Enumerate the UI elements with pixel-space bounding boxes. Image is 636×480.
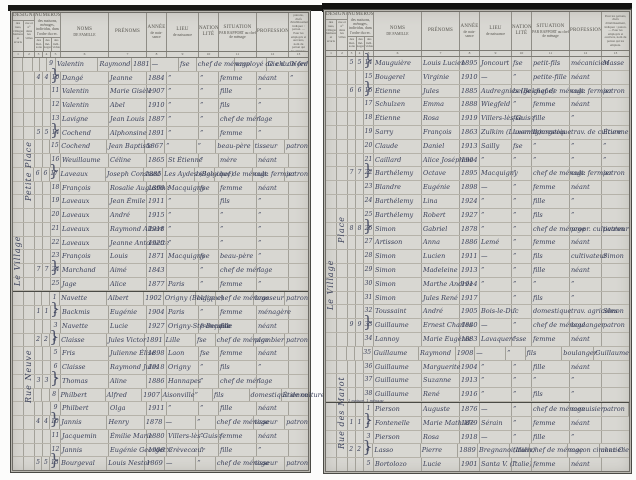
cell-street-1 [13,127,24,140]
cell-maison [35,402,43,415]
table-row: 66}17LaveauxJoseph Constant1885Les Aydes… [13,168,308,182]
col-header-prenoms: PRÉNOMS [109,13,147,51]
col-header-situation: SITUATION PAR RAPPORT au chef de ménage [532,12,570,50]
cell-nationalite: ” [512,417,532,430]
cell-annee: 1913 [460,140,480,153]
cell-individu: 33 [364,319,374,332]
column-number: 5 [51,52,61,57]
header-sub: de nais- sance [460,30,479,38]
cell-nationalite: ” [512,236,532,249]
cell-nom: Claisse [60,334,107,347]
table-row: 35GuillaumeRaymond1908—”filsboulangerGui… [326,347,629,361]
cell-nationalite: ” [199,278,219,291]
column-number: 2 [337,51,348,56]
cell-maison [33,58,40,71]
header-title: PRÉNOMS [422,28,459,34]
cell-street-1 [326,417,337,430]
cell-maison [35,444,43,457]
cell-situation: femme [219,278,257,291]
cell-street-2 [337,112,348,125]
cell-individu: 24 [51,264,61,277]
cell-nom: Jacquemin [61,430,109,443]
cell-individu: 23 [51,250,61,263]
cell-observation: patron [602,223,629,236]
cell-nom: Navette [61,320,109,333]
cell-street-1 [326,98,337,111]
cell-profession: néant [570,333,602,346]
cell-observation [289,237,308,250]
cell-nationalite: fse [512,112,532,125]
table-row: 12ValentinAbel1910””fils” [13,99,308,113]
cell-lieu: ” [480,195,512,208]
cell-prenom: Raymond Albert [109,223,147,236]
column-number: 6 [61,52,109,57]
cell-street-1 [326,57,337,70]
cell-situation: chef de ménage [532,85,570,98]
cell-prenom: Lucien [422,250,460,263]
cell-menage [43,182,51,195]
column-number: 8 [147,52,167,57]
cell-annee: 1898 [460,181,480,194]
col-header-noms: NOMS DE FAMILLE [61,13,109,51]
cell-observation: ” [289,72,308,85]
cell-annee: 1927 [147,320,167,333]
cell-menage [356,278,364,291]
cell-maison [348,250,356,263]
table-row: 9ValentinRaymond1881—fsechef de ménageem… [13,58,308,72]
cell-prenom: Albert [107,292,144,305]
cell-prenom: Alice Joséphine [422,154,460,167]
cell-individu: 10 [51,72,61,85]
cell-annee: 1918 [460,431,480,444]
header-sub: rue et n° dans les villes [337,20,347,50]
cell-prenom: Eugénie Georgette [109,444,147,457]
cell-street-2 [337,333,348,346]
cell-menage [43,113,51,126]
table-row: 31SimonJules René1917”fils” [326,292,629,306]
cell-nationalite: ” [506,347,525,360]
cell-maison: 6 [34,168,42,181]
cell-individu: 36 [364,361,374,374]
cell-lieu: Macquigny [167,250,199,263]
cell-individu: 27 [364,236,374,249]
cell-individu: 15 [50,140,60,153]
table-row: 55}14CochendAlphonsine1891””femme” [13,127,308,141]
cell-observation: patron [602,85,629,98]
cell-individu: 7 [51,375,61,388]
col-header-profession: PROFESSION [257,13,289,51]
cell-maison [35,361,43,374]
cell-menage [43,361,51,374]
cell-situation: mère [219,154,257,167]
cell-maison [35,292,43,305]
header-title: PROFESSION [257,29,288,35]
cell-lieu: Santa V. (Italie) [480,458,512,471]
cell-nom: Blandre [374,181,422,194]
cell-observation [602,278,629,291]
column-number: 1 [13,52,24,57]
cell-lieu: Aisonville [162,389,194,402]
cell-nom: François [61,182,109,195]
cell-situation: femme [219,306,257,319]
cell-profession: plombier [254,334,286,347]
column-number: 3 [348,51,356,56]
table-row: 11}2FontenelleMarie Mathilde1879Sérain”f… [326,417,629,431]
cell-street-1 [13,85,24,98]
cell-observation: patron [285,292,308,305]
cell-nom: Bourgeval [60,457,107,470]
cell-observation [602,333,629,346]
cell-menage [356,195,364,208]
cell-maison: 6 [348,85,356,98]
cell-observation [289,182,308,195]
header-sub: des mai- sons [35,38,44,51]
cell-lieu: ” [480,361,512,374]
cell-individu: 5 [364,458,374,471]
cell-nationalite: française [199,320,219,333]
cell-street-1 [13,375,24,388]
cell-lieu: — [480,403,512,416]
cell-menage [43,402,51,415]
cell-observation: Simon [602,250,629,263]
cell-prenom: Marthe Andrée [422,278,460,291]
cell-nationalite: luxembourgeois [512,126,532,139]
cell-observation [602,181,629,194]
cell-menage: 7} [356,167,364,180]
cell-annee: 1911 [460,250,480,263]
cell-street-2 [337,154,348,167]
cell-annee: 1886 [460,236,480,249]
column-number: 4 [43,52,51,57]
col-header-lieu: LIEU de naissance [167,13,199,51]
cell-observation: Simon [602,305,629,318]
table-row: 11ValentinMarie Gisèle1907””fille” [13,85,308,99]
cell-street-2 [24,457,35,470]
cell-maison [348,126,356,139]
column-number: 11 [219,52,257,57]
cell-profession: ” [257,250,289,263]
col-header-lieu: LIEU de naissance [480,12,512,50]
cell-lieu: ” [480,209,512,222]
column-number: 1 [326,51,337,56]
cell-individu: 20 [364,140,374,153]
cell-observation [289,347,308,360]
street-label: Place [337,170,348,290]
cell-nationalite: ” [199,402,219,415]
cell-nationalite: ” [512,305,532,318]
cell-nom: Barthélemy [374,209,422,222]
cell-observation [289,444,308,457]
cell-nationalite [199,237,219,250]
cell-menage: 8} [356,223,364,236]
header-note: Pour les patrons, chefs d'établissement,… [289,13,308,51]
cell-menage [43,99,51,112]
cell-profession: mécanicien [570,57,602,70]
cell-annee: 1906 [147,444,167,457]
cell-nationalite: ” [512,319,532,332]
cell-nationalite: belge [195,168,215,181]
cell-street-1 [13,430,24,443]
cell-street-1 [326,71,337,84]
cell-situation: beau-père [216,140,253,153]
cell-observation [602,458,629,471]
cell-lieu: Crèvecœur [167,444,199,457]
cell-maison [35,154,43,167]
cell-individu: 21 [51,223,61,236]
cell-nom: Weuillaume [61,154,109,167]
cell-prenom: Eugénie [109,306,147,319]
header-title: DÉSIGNATION [13,13,34,19]
cell-observation [289,375,308,388]
cell-profession: néant [570,98,602,111]
cell-menage [356,140,364,153]
cell-lieu: Wiegfeld [480,98,512,111]
cell-annee: 1908 [456,347,475,360]
cell-menage: 5} [356,57,364,70]
col-header-annee: ANNÉE de nais- sance [460,12,480,50]
cell-profession: brasseur [254,292,285,305]
cell-lieu: ” [165,140,196,153]
cell-annee: 1881 [132,58,151,71]
cell-prenom: Louis [109,250,147,263]
cell-individu: 12 [51,444,61,457]
cell-lieu: Sérain [480,417,512,430]
col-header-numeros: NUMÉROS des maisons, ménages, individus,… [35,13,61,51]
table-row: 1PiersonAuguste1876—”chef de ménagemenui… [326,402,629,417]
cell-individu: 12 [51,99,61,112]
header-sub: DE FAMILLE [61,33,108,37]
cell-street-2 [337,319,348,332]
table-row: 20LaveauxAndré1915””” [13,209,308,223]
cell-lieu: Lille [165,334,196,347]
cell-individu: 3 [364,431,374,444]
cell-observation [602,431,629,444]
cell-menage [356,112,364,125]
cell-menage [356,71,364,84]
cell-observation [289,361,308,374]
cell-menage [43,140,51,153]
header-title: PRÉNOMS [109,29,146,35]
cell-profession: néant [570,236,602,249]
cell-prenom: Raymond [98,58,132,71]
cell-profession: néant [570,361,602,374]
cell-observation [289,278,308,291]
cell-nationalite: ” [512,292,532,305]
cell-menage: 7} [43,264,51,277]
cell-annee: 1918 [147,361,167,374]
cell-profession: employé de ch. de fer [235,58,267,71]
cell-prenom: Ernest Charles [422,319,460,332]
cell-maison [35,182,43,195]
cell-nom: Simon [374,264,422,277]
column-number: 6 [374,51,422,56]
cell-prenom: François [422,126,460,139]
table-header: DÉSIGNATION des rues, villages, hameaux … [13,13,308,52]
table-row: 8PhilbertAlfred1907Aisonville”filsdomest… [13,389,308,403]
cell-street-1 [13,58,23,71]
cell-observation: ” [602,154,629,167]
cell-lieu: ” [167,195,199,208]
cell-lieu: ” [167,127,199,140]
cell-lieu: Paris [167,278,199,291]
cell-nationalite: fse [512,140,532,153]
cell-prenom: Aimé [109,264,147,277]
cell-profession: domestique de culture [250,389,282,402]
cell-nationalite: fse [196,334,216,347]
cell-nom: Guillaume [374,374,422,387]
cell-prenom: Suzanne [422,374,460,387]
cell-maison [348,140,356,153]
cell-situation: fille [219,444,257,457]
cell-observation [289,209,308,222]
cell-profession: ” [257,375,289,388]
cell-street-2 [24,264,35,277]
cell-nationalite: ” [194,389,213,402]
cell-profession: cult. fermier [253,168,285,181]
cell-observation [289,250,308,263]
cell-maison [348,209,356,222]
table-row: 18ÉtienneRosa1919Villers-lès-Guisefsefil… [326,112,629,126]
cell-profession: néant [570,458,602,471]
cell-profession: néant [257,72,289,85]
cell-nom: Lavigne [61,113,109,126]
column-number: 4 [356,51,364,56]
cell-individu: 23 [364,181,374,194]
table-row: 66}16ÉtienneJules1885Audregnies (Belgiqu… [326,85,629,99]
cell-lieu: — [165,416,196,429]
cell-nationalite: ” [199,113,219,126]
cell-nationalite: ” [512,154,532,167]
cell-observation: ” [602,140,629,153]
cell-nom: Backmis [61,306,109,319]
cell-menage: 4} [43,72,51,85]
cell-observation [289,430,308,443]
cell-street-1 [13,416,24,429]
cell-situation: domestique [532,305,570,318]
table-row: 18FrançoisRosalie Augustine1890Macquigny… [13,182,308,196]
cell-annee: 1880 [147,430,167,443]
cell-profession: néant [570,181,602,194]
census-page-right: DÉSIGNATION des rues, villages, hameaux … [323,9,632,474]
cell-situation: femme [219,182,257,195]
cell-street-2 [337,57,348,70]
cell-prenom: Jeanne [109,72,147,85]
cell-street-2 [337,71,348,84]
cell-menage [356,209,364,222]
cell-individu: 37 [364,374,374,387]
street-label: Rue Neuve [24,301,35,451]
cell-maison [348,195,356,208]
cell-annee: 1902 [144,292,164,305]
cell-profession: néant [570,264,602,277]
cell-individu: 32 [364,305,374,318]
cell-prenom: Aline [109,375,147,388]
table-row: 24BarthélemyLina1924””fille” [326,195,629,209]
cell-maison: 5 [348,57,356,70]
cell-nom: Étienne [374,85,422,98]
cell-observation [602,195,629,208]
cell-maison [348,305,356,318]
cell-street-1 [326,126,337,139]
cell-situation: femme [219,430,257,443]
cell-nationalite: ” [512,333,532,346]
cell-nom: Toussaint [374,305,422,318]
cell-annee: 1885 [144,168,163,181]
cell-maison [348,112,356,125]
cell-menage: 2} [356,444,364,457]
cell-profession: boulanger [562,347,594,360]
header-sub: de nais- sance [147,31,166,39]
cell-annee: 1895 [460,57,480,70]
cell-annee: 1888 [460,98,480,111]
cell-menage: 6} [356,85,364,98]
cell-profession: ” [570,154,602,167]
cell-street-1 [13,389,24,402]
cell-street-1 [326,167,337,180]
cell-nationalite: ” [199,72,219,85]
cell-observation [602,209,629,222]
table-row: 1NavetteAlbert1902Origny (Belgique)belge… [13,291,308,306]
cell-individu: 4 [50,334,60,347]
table-row: 25BarthélemyRobert1927””fils” [326,209,629,223]
cell-lieu: Macquigny [480,167,512,180]
cell-nom: Laveaux [61,209,109,222]
cell-lieu: Paris [167,306,199,319]
table-row: 5BortolozoLucie1901Santa V. (Italie)”fem… [326,458,629,471]
column-number: 10 [512,51,532,56]
cell-lieu: St Étienne [167,154,199,167]
cell-maison [35,99,43,112]
cell-menage [43,430,51,443]
cell-nationalite: fse [199,250,219,263]
cell-street-2 [337,98,348,111]
header-title: NATIONA- LITÉ [512,25,531,37]
cell-profession: néant [570,417,602,430]
cell-street-1 [13,72,24,85]
cell-annee: 1913 [460,374,480,387]
cell-individu: 14 [51,127,61,140]
cell-lieu: Hannapes [167,375,199,388]
cell-profession: trav. de culture [570,126,602,139]
table-row: 21CaillardAlice Joséphine1904””””” [326,154,629,168]
cell-prenom: Pierre [421,444,458,457]
street-label: Le Village [326,180,337,390]
table-row: 32ToussaintAndré1905Bois-le-Duc”domestiq… [326,305,629,319]
cell-annee: 1843 [147,264,167,277]
column-number: 9 [167,52,199,57]
cell-profession: ” [257,237,289,250]
cell-menage: 4} [43,416,51,429]
cell-profession: tisseur [254,457,285,470]
cell-profession: ” [570,195,602,208]
header-note: Pour les patrons, chefs d'établissement,… [602,14,629,48]
cell-prenom: Jean Louis [109,113,147,126]
cell-prenom: Raymond Jules [109,361,147,374]
cell-prenom: Daniel [422,140,460,153]
cell-maison [348,98,356,111]
table-row: 3PiersonRosa1918—”fille” [326,431,629,445]
cell-nationalite: ” [512,361,532,374]
cell-lieu: Villers-lès-Guise [167,430,199,443]
cell-observation: Étienne [282,389,309,402]
cell-individu: 13 [50,457,60,470]
cell-nationalite [199,209,219,222]
header-sub: des mai- sons [348,37,357,50]
col-header-observations: Pour les patrons, chefs d'établissement,… [289,13,308,51]
cell-observation [289,306,308,319]
cell-maison [35,320,43,333]
cell-nom: Simon [374,223,422,236]
